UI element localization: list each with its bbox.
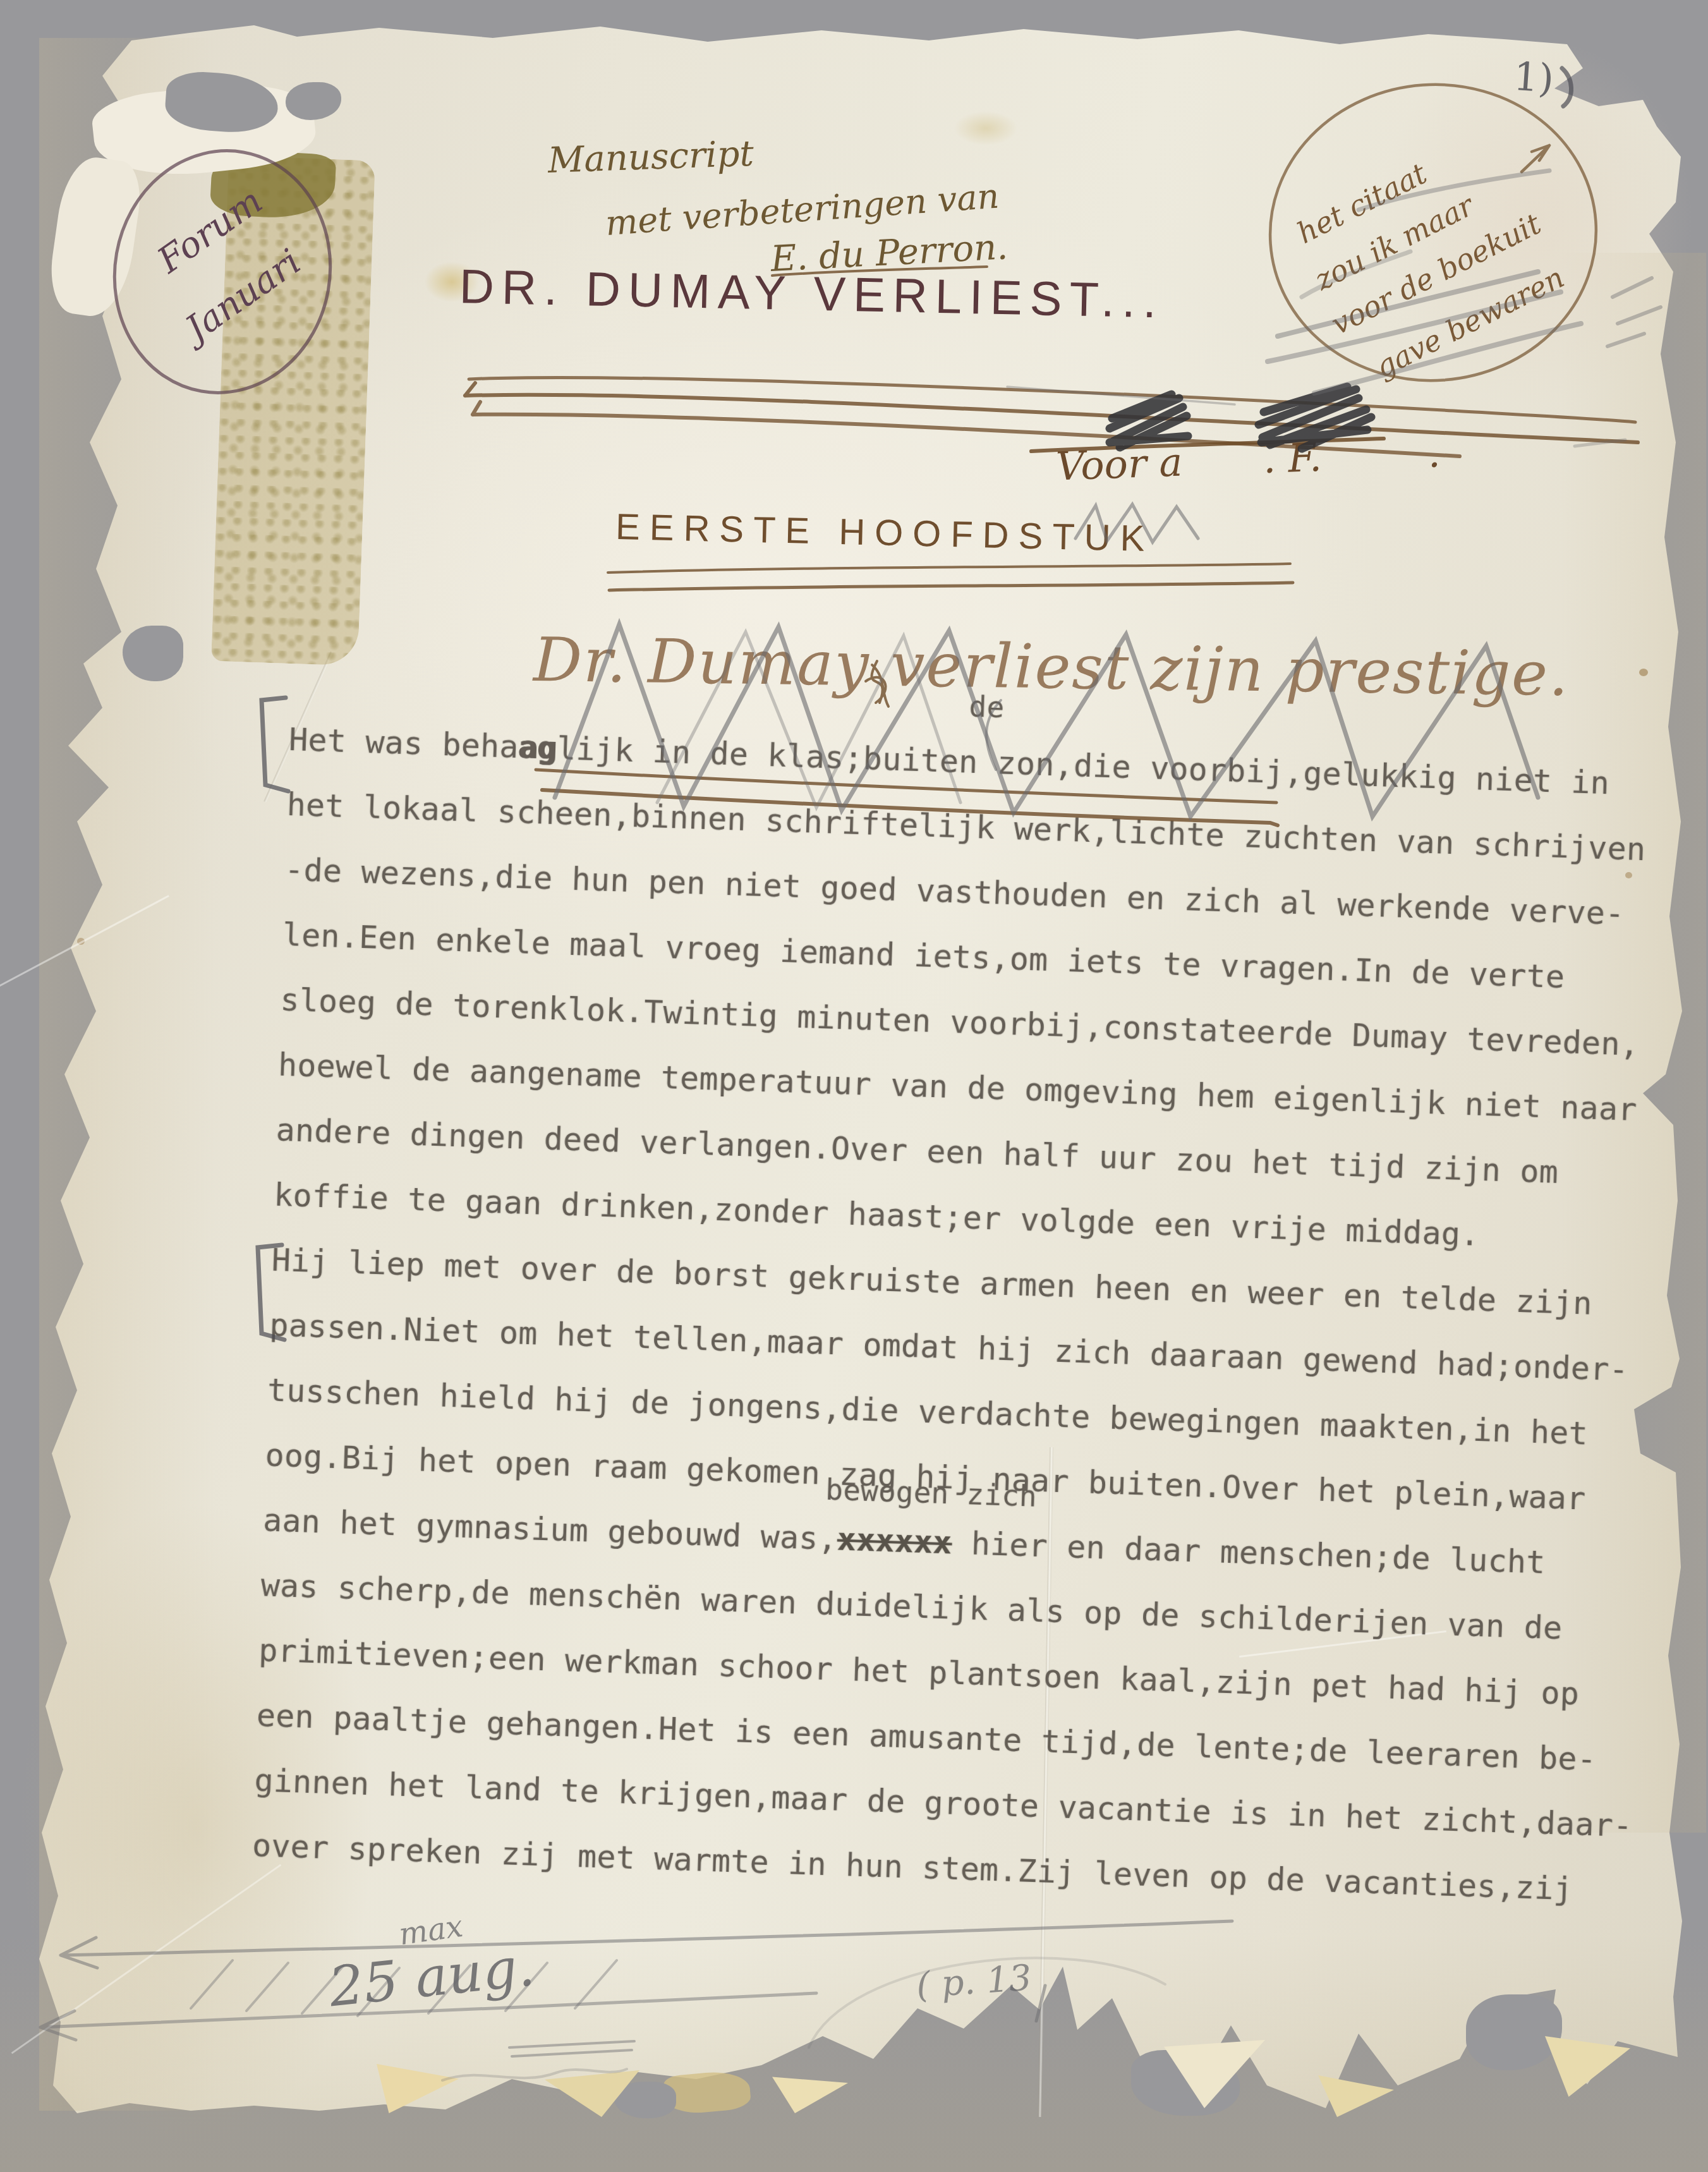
- dedication-blot-gap2: [1322, 467, 1428, 471]
- dedication: Voor a. F..: [1029, 384, 1441, 490]
- dedication-blot-gap: [1183, 473, 1264, 475]
- dedication-period: .: [1427, 430, 1441, 476]
- corner-page-mark: 1): [1512, 53, 1556, 102]
- torn-flap: [772, 2073, 848, 2113]
- typed-segment: Het was beha: [288, 721, 519, 765]
- overtyped-letters: ag: [518, 729, 557, 767]
- typed-body: Het was behaaglijk in de klas;buiten zon…: [251, 707, 1699, 1925]
- provenance-line1: Manuscript: [547, 133, 754, 181]
- typed-segment: hier en daar menschen;de lucht: [952, 1524, 1546, 1580]
- dedication-part1: Voor a: [1055, 439, 1183, 490]
- dedication-part2: . F.: [1263, 434, 1323, 482]
- typed-insert-de: de: [969, 689, 1005, 725]
- torn-hole: [614, 2082, 676, 2118]
- scan-canvas: { "colors": { "background": "#98989b", "…: [0, 0, 1708, 2172]
- struck-out-letters: xxxxxx: [837, 1520, 953, 1561]
- typed-segment: aan het gymnasium gebouwd was,: [262, 1502, 838, 1557]
- typed-insert-bewogen-zich: bewogen zich: [825, 1472, 1038, 1514]
- page-number-note: ( p. 13: [915, 1957, 1033, 2006]
- crossed-heading: Dr. Dumay verliest zijn prestige.: [533, 624, 1570, 710]
